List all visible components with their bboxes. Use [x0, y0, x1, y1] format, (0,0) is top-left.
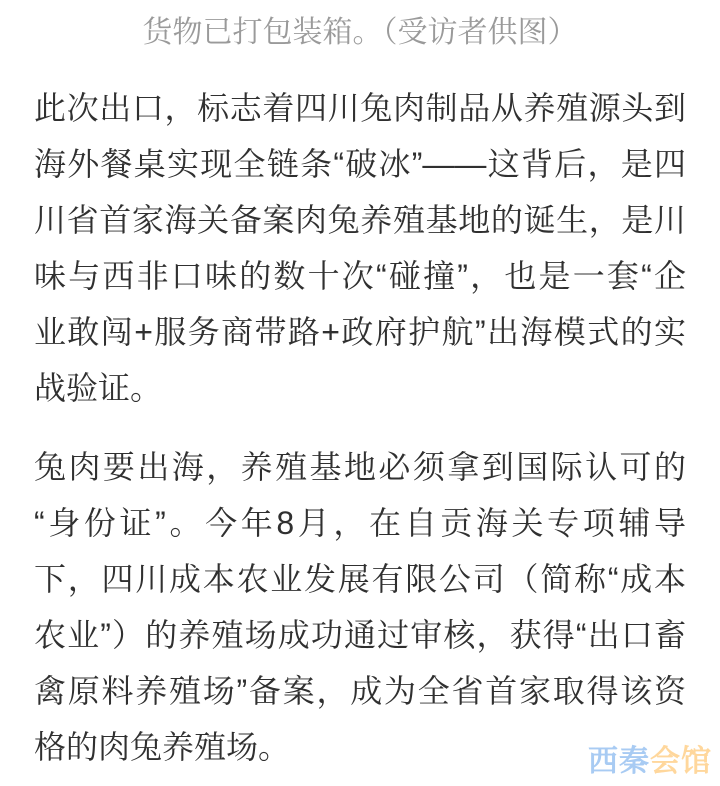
- article-body: 此次出口，标志着四川兔肉制品从养殖源头到 海外餐桌实现全链条“破冰”——这背后，…: [34, 80, 686, 775]
- watermark-text-xiqin: 西秦: [588, 745, 650, 778]
- text-line: 此次出口，标志着四川兔肉制品从养殖源头到: [34, 80, 686, 136]
- text-line: 业敢闯+服务商带路+政府护航”出海模式的实: [34, 304, 686, 360]
- paragraph-1: 此次出口，标志着四川兔肉制品从养殖源头到 海外餐桌实现全链条“破冰”——这背后，…: [34, 80, 686, 416]
- text-line: 战验证。: [34, 360, 686, 416]
- text-line: 川省首家海关备案肉兔养殖基地的诞生，是川: [34, 192, 686, 248]
- article-page: 货物已打包装箱。（受访者供图） 此次出口，标志着四川兔肉制品从养殖源头到 海外餐…: [0, 10, 720, 775]
- text-line: “身份证”。今年8月，在自贡海关专项辅导: [34, 495, 686, 551]
- text-line: 海外餐桌实现全链条“破冰”——这背后，是四: [34, 136, 686, 192]
- text-line: 禽原料养殖场”备案，成为全省首家取得该资: [34, 663, 686, 719]
- image-caption: 货物已打包装箱。（受访者供图）: [0, 10, 720, 56]
- watermark-text-huiguan: 会馆: [650, 745, 712, 778]
- text-line: 兔肉要出海，养殖基地必须拿到国际认可的: [34, 439, 686, 495]
- text-line: 下，四川成本农业发展有限公司（简称“成本: [34, 551, 686, 607]
- text-line: 农业”）的养殖场成功通过审核，获得“出口畜: [34, 607, 686, 663]
- text-line: 味与西非口味的数十次“碰撞”，也是一套“企: [34, 248, 686, 304]
- site-watermark: 西秦会馆: [588, 736, 712, 780]
- paragraph-2: 兔肉要出海，养殖基地必须拿到国际认可的 “身份证”。今年8月，在自贡海关专项辅导…: [34, 439, 686, 775]
